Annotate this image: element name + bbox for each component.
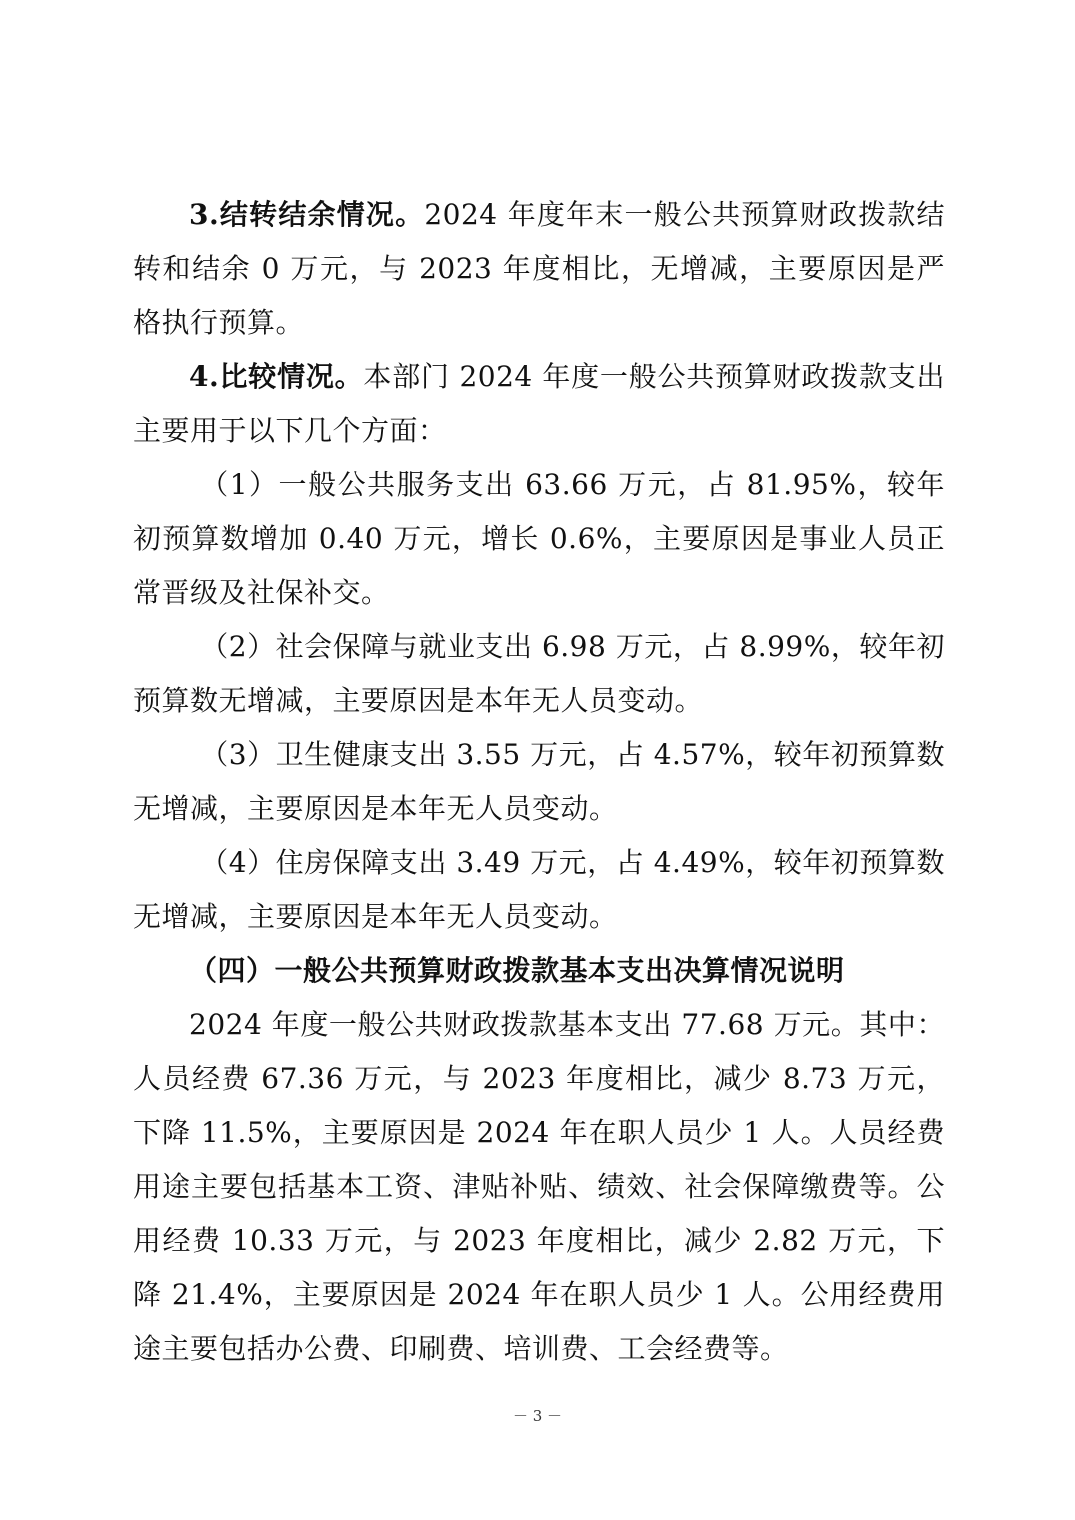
paragraph-carryover-balance: 3.结转结余情况。2024 年度年末一般公共预算财政拨款结转和结余 0 万元，与… <box>133 188 945 350</box>
subitem-social-security: （2）社会保障与就业支出 6.98 万元，占 8.99%，较年初预算数无增减，主… <box>133 620 945 728</box>
paragraph-lead: 4.比较情况。 <box>189 360 363 393</box>
paragraph-lead: 3.结转结余情况。 <box>189 198 424 231</box>
subitem-general-public-service: （1）一般公共服务支出 63.66 万元，占 81.95%，较年初预算数增加 0… <box>133 458 945 620</box>
document-page: 3.结转结余情况。2024 年度年末一般公共预算财政拨款结转和结余 0 万元，与… <box>133 188 945 1376</box>
paragraph-text: 2024 年度一般公共财政拨款基本支出 77.68 万元。其中：人员经费 67.… <box>133 1008 945 1365</box>
section-heading-basic-expenditure: （四）一般公共预算财政拨款基本支出决算情况说明 <box>133 944 945 998</box>
subitem-health: （3）卫生健康支出 3.55 万元，占 4.57%，较年初预算数无增减，主要原因… <box>133 728 945 836</box>
paragraph-comparison: 4.比较情况。本部门 2024 年度一般公共预算财政拨款支出主要用于以下几个方面… <box>133 350 945 458</box>
subitem-housing: （4）住房保障支出 3.49 万元，占 4.49%，较年初预算数无增减，主要原因… <box>133 836 945 944</box>
paragraph-basic-expenditure: 2024 年度一般公共财政拨款基本支出 77.68 万元。其中：人员经费 67.… <box>133 998 945 1376</box>
page-number: － 3 － <box>0 1405 1075 1426</box>
